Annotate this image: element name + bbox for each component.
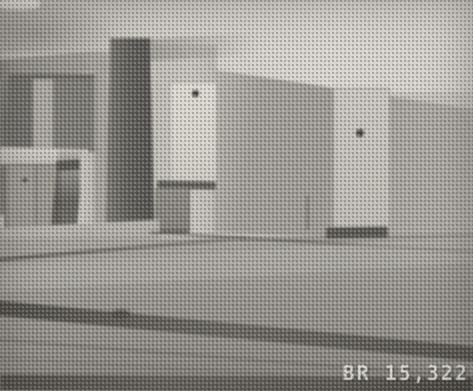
archival-photo: BR 15,322 [0, 0, 473, 391]
floor-drain [112, 310, 130, 318]
door-edge-mark [306, 196, 309, 230]
cabinet-handle [22, 178, 28, 182]
door-knob [356, 129, 364, 137]
wall-opening [4, 74, 99, 157]
grey-cabinet-box [155, 188, 190, 233]
right-door [333, 88, 390, 237]
door-threshold [326, 226, 388, 238]
white-panel [170, 82, 217, 187]
panel-hole [192, 90, 199, 97]
photo-scene [0, 0, 473, 391]
photo-number-stamp: BR 15,322 [343, 361, 469, 385]
